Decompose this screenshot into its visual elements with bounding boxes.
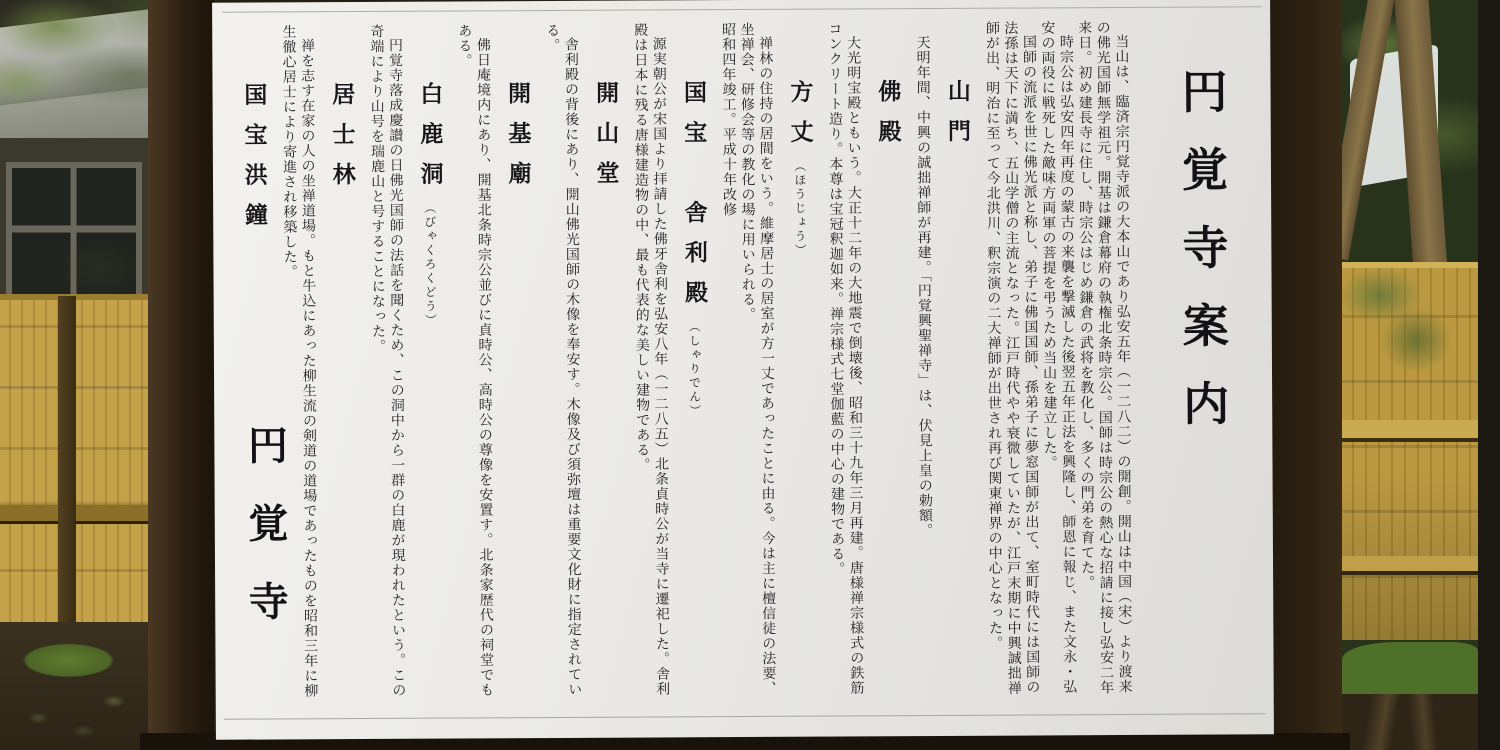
- intro-paragraph: 国師の流派を世に佛光派と称し、弟子に佛国国師、孫弟子に夢窓国師が出て、室町時代に…: [982, 20, 1041, 707]
- heading-text: 国宝 舎利殿: [680, 80, 708, 320]
- section-butsuden: 佛殿 大光明宝殿ともいう。大正十二年の大地震で倒壊後、昭和三十九年三月再建。唐様…: [825, 21, 908, 708]
- sign-frame-right-post: [1272, 0, 1342, 750]
- heading-text: 開基廟: [504, 81, 532, 201]
- section-body: 佛日庵境内にあり、開基北条時宗公並びに貞時公、高時公の尊像を安置す。北条家歴代の…: [455, 23, 496, 710]
- grass-patch: [1342, 642, 1478, 700]
- section-sanmon: 山門 天明年間、中興の誠拙禅師が再建。「円覚興聖禅寺」は、伏見上皇の勅額。: [913, 21, 977, 708]
- intro-paragraph: 時宗公は弘安四年再度の蒙古の来襲を撃滅した後翌五年正法を興隆し、師恩に報じ、また…: [1038, 20, 1079, 707]
- bamboo-fence-left: [0, 300, 152, 630]
- board-edge-line-top: [222, 6, 1262, 12]
- heading-text: 国宝洪鐘: [240, 82, 268, 242]
- section-body: 源実朝公が宋国より拝請した佛牙舎利を弘安八年（一二八五）北条貞時公が当寺に遷祀し…: [631, 22, 672, 709]
- heading-text: 山門: [944, 79, 971, 159]
- section-body: 大光明宝殿ともいう。大正十二年の大地震で倒壊後、昭和三十九年三月再建。唐様禅宗様…: [825, 21, 866, 708]
- section-shariden: 国宝 舎利殿（しゃりでん） 源実朝公が宋国より拝請した佛牙舎利を弘安八年（一二八…: [631, 22, 714, 709]
- section-kaisando: 開山堂 舎利殿の背後にあり、開山佛光国師の木像を奉安す。木像及び須弥壇は重要文化…: [543, 23, 626, 710]
- heading-reading: （しゃりでん）: [687, 320, 702, 418]
- background-left: [0, 0, 152, 750]
- heading-text: 開山堂: [592, 81, 620, 201]
- sign-signature: 円覚寺: [236, 424, 294, 658]
- section-kaikibyo: 開基廟 佛日庵境内にあり、開基北条時宗公並びに貞時公、高時公の尊像を安置す。北条…: [455, 23, 538, 710]
- sign-title: 円覚寺案内: [1168, 19, 1238, 706]
- section-heading: 開山堂: [589, 23, 626, 710]
- section-heading: 方丈（ほうじょう）: [783, 22, 820, 709]
- heading-text: 佛殿: [874, 79, 901, 159]
- dirt-roots: [1342, 694, 1478, 750]
- section-heading: 山門: [940, 21, 977, 708]
- section-hojo: 方丈（ほうじょう） 禅林の住持の居間をいう。維摩居士の居室が方一丈であったことに…: [719, 22, 820, 710]
- sign-board: 円覚寺案内 当山は、臨済宗円覚寺派の大本山であり弘安五年（一二八二）の開創。開山…: [212, 0, 1274, 740]
- board-edge-line-bottom: [224, 713, 1266, 719]
- heading-reading: （びゃくろくどう）: [423, 202, 438, 328]
- section-heading: 居士林: [325, 24, 362, 711]
- building-window: [6, 162, 142, 308]
- bamboo-fence-left-rail: [0, 505, 152, 524]
- heading-text: 居士林: [328, 82, 356, 202]
- intro-paragraph: 当山は、臨済宗円覚寺派の大本山であり弘安五年（一二八二）の開創。開山は中国（宋）…: [1075, 20, 1134, 707]
- section-body: 禅林の住持の居間をいう。維摩居士の居室が方一丈であったことに由る。今は主に檀信徒…: [737, 22, 778, 709]
- bamboo-fence-left-post: [58, 296, 76, 630]
- section-heading: 佛殿: [871, 21, 908, 708]
- fence-corner-post: [1478, 0, 1500, 750]
- section-byakurokudo: 白鹿洞（びゃくろくどう） 円覚寺落成慶讃の日佛光国師の法話を聞くため、この洞中か…: [367, 24, 450, 711]
- ground-moss-left: [0, 622, 152, 750]
- section-body: 天明年間、中興の誠拙禅師が再建。「円覚興聖禅寺」は、伏見上皇の勅額。: [913, 21, 935, 708]
- section-heading: 白鹿洞（びゃくろくどう）: [413, 24, 450, 711]
- background-right: [1342, 0, 1478, 750]
- foliage-hanging: [1332, 250, 1452, 400]
- bamboo-fence-right-rail-2: [1342, 556, 1478, 575]
- sign-content: 円覚寺案内 当山は、臨済宗円覚寺派の大本山であり弘安五年（一二八二）の開創。開山…: [228, 19, 1252, 711]
- section-body: 舎利殿の背後にあり、開山佛光国師の木像を奉安す。木像及び須弥壇は重要文化財に指定…: [543, 23, 584, 710]
- section-body: 円覚寺落成慶讃の日佛光国師の法話を聞くため、この洞中から一群の白鹿が現われたとい…: [367, 24, 408, 711]
- section-heading: 開基廟: [501, 23, 538, 710]
- heading-text: 白鹿洞: [416, 82, 444, 202]
- bamboo-fence-right-rail-1: [1342, 420, 1478, 442]
- sign-frame-left-post: [148, 0, 214, 750]
- section-heading: 国宝 舎利殿（しゃりでん）: [677, 22, 714, 709]
- intro-paragraphs: 当山は、臨済宗円覚寺派の大本山であり弘安五年（一二八二）の開創。開山は中国（宋）…: [982, 20, 1133, 708]
- heading-text: 方丈: [786, 80, 813, 160]
- heading-reading: （ほうじょう）: [793, 160, 808, 258]
- section-body: 正安三年、北条貞時が二千五百人の善男善女 当山二百五十人の僧衆の合力により鋳造、…: [228, 25, 231, 712]
- section-body: 昭和四年竣工。平成十年改修: [719, 22, 741, 709]
